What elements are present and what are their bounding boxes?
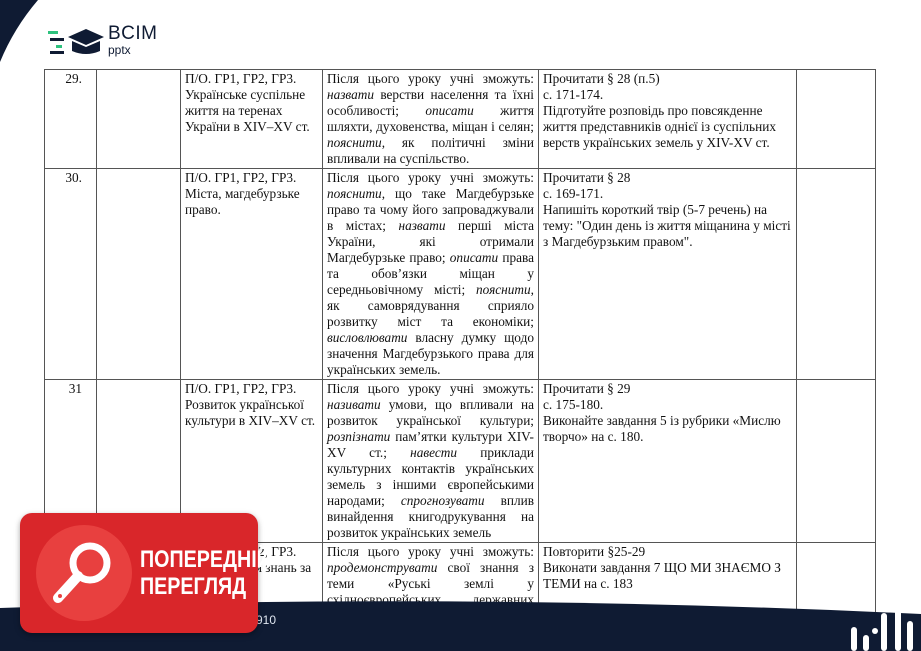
homework: Прочитати § 29с. 175-180. Виконайте завд… — [539, 380, 797, 543]
lesson-number: 29. — [45, 70, 97, 169]
lesson-date — [97, 70, 181, 169]
preview-badge: ПОПЕРЕДНІЙ ПЕРЕГЛЯД — [20, 513, 258, 633]
goal-text: Після цього уроку учні зможуть: — [327, 170, 534, 185]
goal-verb: спрогнозувати — [401, 493, 485, 508]
lesson-number: 30. — [45, 169, 97, 380]
homework-line: Підготуйте розповідь про повсякденне жит… — [543, 103, 792, 151]
bars-decoration-icon — [841, 591, 921, 651]
homework: Прочитати § 28 (п.5)с. 171-174. Підготуй… — [539, 70, 797, 169]
homework-line: с. 175-180. — [543, 397, 792, 413]
lesson-goals: Після цього уроку учні зможуть: назвати … — [323, 70, 539, 169]
homework-line: Виконайте завдання 5 із рубрики «Мислю т… — [543, 413, 792, 445]
goal-verb: пояснити — [327, 186, 382, 201]
graduation-cap-icon — [48, 25, 104, 55]
page-number: 910 — [256, 613, 276, 627]
lesson-goals: Після цього уроку учні зможуть: називати… — [323, 380, 539, 543]
table-row: 29.П/О. ГР1, ГР2, ГР3. Українське суспіл… — [45, 70, 876, 169]
goal-verb: назвати — [327, 87, 374, 102]
homework-line: Прочитати § 29 — [543, 381, 792, 397]
brand-logo: BCIM pptx — [48, 24, 158, 56]
lesson-topic: П/О. ГР1, ГР2, ГР3. Українське суспільне… — [181, 70, 323, 169]
homework-line: Виконати завдання 7 ЩО МИ ЗНАЄМО З ТЕМИ … — [543, 560, 792, 592]
goal-verb: продемонструвати — [327, 560, 437, 575]
brand-subtitle: pptx — [108, 44, 158, 56]
homework-line: Напишіть короткий твір (5-7 речень) на т… — [543, 202, 792, 250]
homework-line: с. 169-171. — [543, 186, 792, 202]
lesson-topic: П/О. ГР1, ГР2, ГР3. Міста, магдебурзьке … — [181, 169, 323, 380]
notes — [797, 70, 876, 169]
goal-verb: описати — [450, 250, 498, 265]
homework-line: Повторити §25-29 — [543, 544, 792, 560]
goal-text: Після цього уроку учні зможуть: — [327, 544, 534, 559]
goal-verb: розпізнати — [327, 429, 390, 444]
goal-verb: описати — [425, 103, 473, 118]
goal-text: Після цього уроку учні зможуть: — [327, 71, 534, 86]
notes — [797, 380, 876, 543]
goal-verb: пояснити — [327, 135, 382, 150]
lesson-date — [97, 169, 181, 380]
brand-title: BCIM — [108, 24, 158, 43]
lesson-goals: Після цього уроку учні зможуть: пояснити… — [323, 169, 539, 380]
homework-line: Прочитати § 28 (п.5) — [543, 71, 792, 87]
notes — [797, 169, 876, 380]
goal-verb: пояснити — [476, 282, 531, 297]
table-row: 30.П/О. ГР1, ГР2, ГР3. Міста, магдебурзь… — [45, 169, 876, 380]
magnifier-icon — [36, 525, 132, 621]
homework-line: с. 171-174. — [543, 87, 792, 103]
homework: Прочитати § 28с. 169-171. Напишіть корот… — [539, 169, 797, 380]
homework-line: Прочитати § 28 — [543, 170, 792, 186]
preview-title-line1: ПОПЕРЕДНІЙ — [140, 546, 271, 573]
goal-verb: навести — [410, 445, 457, 460]
preview-title-line2: ПЕРЕГЛЯД — [140, 573, 271, 600]
goal-verb: назвати — [399, 218, 446, 233]
goal-verb: висловлювати — [327, 330, 407, 345]
goal-text: Після цього уроку учні зможуть: — [327, 381, 534, 396]
goal-verb: називати — [327, 397, 381, 412]
